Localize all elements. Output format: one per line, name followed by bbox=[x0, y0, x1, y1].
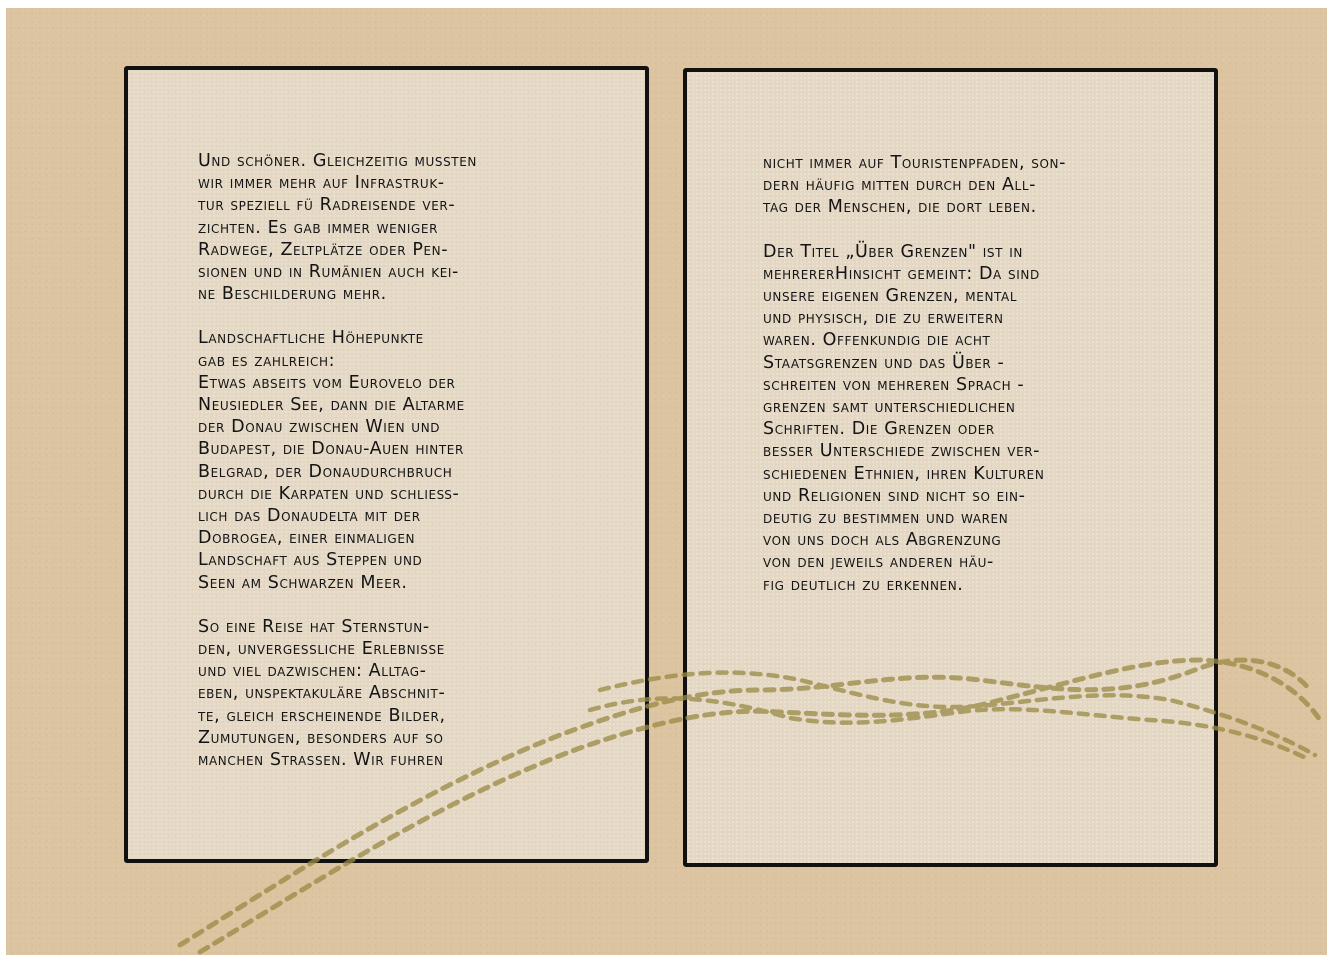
text-line: von den jeweils anderen häu- bbox=[763, 551, 1163, 573]
text-line: nicht immer auf Touristenpfaden, son- bbox=[763, 152, 1163, 174]
paragraph-journey: So eine Reise hat Sternstun- den, unverg… bbox=[198, 616, 578, 771]
text-line: und Religionen sind nicht so ein- bbox=[763, 485, 1163, 507]
text-line: dern häufig mitten durch den All- bbox=[763, 174, 1163, 196]
text-line: und viel dazwischen: Alltag- bbox=[198, 660, 578, 682]
text-line: mehrererHinsicht gemeint: Da sind bbox=[763, 263, 1163, 285]
left-text-panel: Und schöner. Gleichzeitig mussten wir im… bbox=[124, 66, 649, 863]
text-line: Landschaft aus Steppen und bbox=[198, 549, 578, 571]
text-line: besser Unterschiede zwischen ver- bbox=[763, 440, 1163, 462]
text-line: Seen am Schwarzen Meer. bbox=[198, 572, 578, 594]
text-line: tag der Menschen, die dort leben. bbox=[763, 196, 1163, 218]
text-line: schiedenen Ethnien, ihren Kulturen bbox=[763, 463, 1163, 485]
paragraph-tourist-paths: nicht immer auf Touristenpfaden, son- de… bbox=[763, 152, 1163, 219]
text-line: Landschaftliche Höhepunkte bbox=[198, 327, 578, 349]
text-line: Belgrad, der Donaudurchbruch bbox=[198, 461, 578, 483]
text-line: Staatsgrenzen und das Über - bbox=[763, 352, 1163, 374]
right-panel-text: nicht immer auf Touristenpfaden, son- de… bbox=[763, 152, 1163, 618]
text-line: ne Beschilderung mehr. bbox=[198, 283, 578, 305]
text-line: Radwege, Zeltplätze oder Pen- bbox=[198, 239, 578, 261]
text-line: Zumutungen, besonders auf so bbox=[198, 727, 578, 749]
text-line: fig deutlich zu erkennen. bbox=[763, 574, 1163, 596]
text-line: unsere eigenen Grenzen, mental bbox=[763, 285, 1163, 307]
paragraph-landscape-highlights: Landschaftliche Höhepunkte gab es zahlre… bbox=[198, 327, 578, 593]
text-line: Und schöner. Gleichzeitig mussten bbox=[198, 150, 578, 172]
text-line: Etwas abseits vom Eurovelo der bbox=[198, 372, 578, 394]
text-line: gab es zahlreich: bbox=[198, 350, 578, 372]
text-line: So eine Reise hat Sternstun- bbox=[198, 616, 578, 638]
text-line: den, unvergessliche Erlebnisse bbox=[198, 638, 578, 660]
text-line: von uns doch als Abgrenzung bbox=[763, 529, 1163, 551]
text-line: sionen und in Rumänien auch kei- bbox=[198, 261, 578, 283]
text-line: schreiten von mehreren Sprach - bbox=[763, 374, 1163, 396]
paragraph-title-meaning: Der Titel „Über Grenzen" ist in mehrerer… bbox=[763, 241, 1163, 596]
text-line: und physisch, die zu erweitern bbox=[763, 307, 1163, 329]
text-line: zichten. Es gab immer weniger bbox=[198, 217, 578, 239]
text-line: tur speziell fü Radreisende ver- bbox=[198, 194, 578, 216]
text-line: Der Titel „Über Grenzen" ist in bbox=[763, 241, 1163, 263]
text-line: der Donau zwischen Wien und bbox=[198, 416, 578, 438]
paragraph-infrastructure: Und schöner. Gleichzeitig mussten wir im… bbox=[198, 150, 578, 305]
text-line: Dobrogea, einer einmaligen bbox=[198, 527, 578, 549]
text-line: eben, unspektakuläre Abschnit- bbox=[198, 682, 578, 704]
text-line: te, gleich erscheinende Bilder, bbox=[198, 705, 578, 727]
text-line: Neusiedler See, dann die Altarme bbox=[198, 394, 578, 416]
text-line: waren. Offenkundig die acht bbox=[763, 329, 1163, 351]
text-line: lich das Donaudelta mit der bbox=[198, 505, 578, 527]
text-line: Schriften. Die Grenzen oder bbox=[763, 418, 1163, 440]
text-line: deutig zu bestimmen und waren bbox=[763, 507, 1163, 529]
text-line: manchen Strassen. Wir fuhren bbox=[198, 749, 578, 771]
text-line: durch die Karpaten und schließ- bbox=[198, 483, 578, 505]
text-line: Budapest, die Donau-Auen hinter bbox=[198, 438, 578, 460]
right-text-panel: nicht immer auf Touristenpfaden, son- de… bbox=[683, 68, 1218, 867]
left-panel-text: Und schöner. Gleichzeitig mussten wir im… bbox=[198, 150, 578, 793]
text-line: grenzen samt unterschiedlichen bbox=[763, 396, 1163, 418]
text-line: wir immer mehr auf Infrastruk- bbox=[198, 172, 578, 194]
